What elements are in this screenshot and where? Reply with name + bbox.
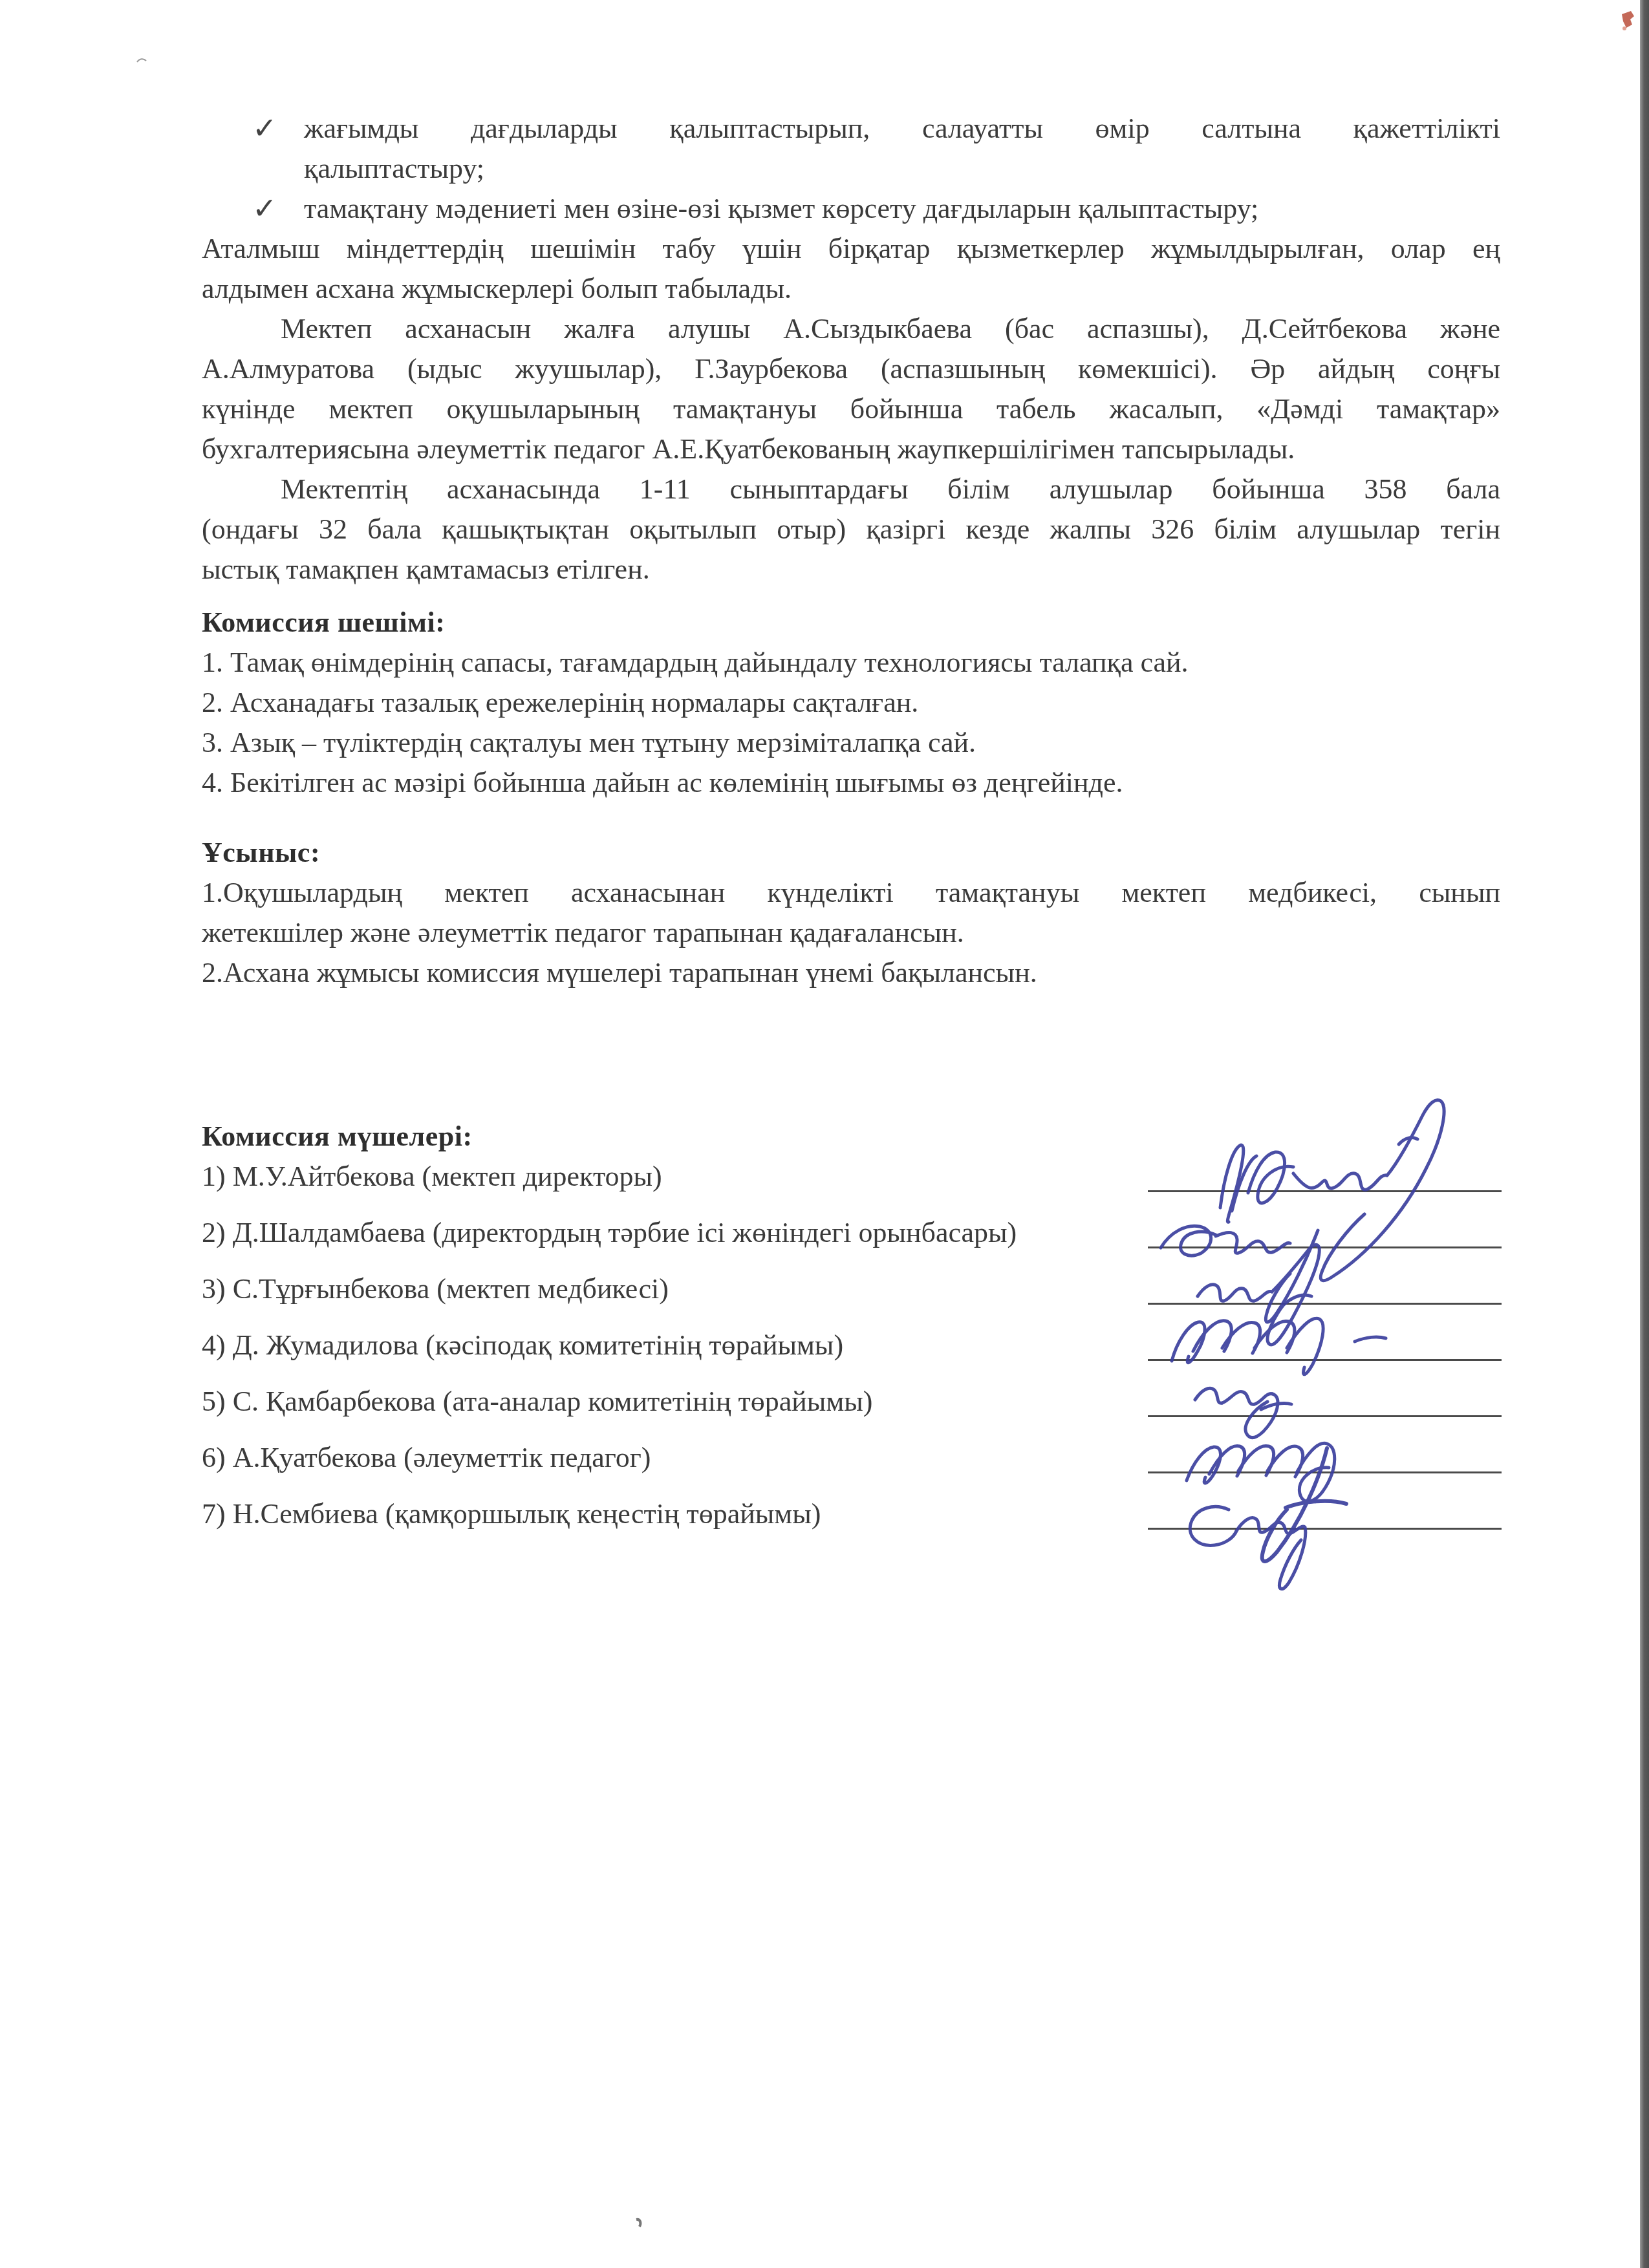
recommendation-heading: Ұсыныс:	[202, 833, 1500, 873]
decision-item-3: 3. Азық – түліктердің сақталуы мен тұтын…	[202, 723, 1500, 763]
scan-speck-top-left	[137, 59, 146, 62]
signature-line	[1148, 1524, 1502, 1530]
signature-line	[1148, 1186, 1502, 1192]
paragraph-line: алдымен асхана жұмыскерлері болып табыла…	[202, 269, 1500, 309]
paragraph-line: Мектептің асханасында 1-11 сыныптардағы …	[202, 469, 1500, 509]
paragraph-line: күнінде мектеп оқушыларының тамақтануы б…	[202, 389, 1500, 429]
paragraph-line: бухгалтериясына әлеуметтік педагог А.Е.Қ…	[202, 429, 1500, 469]
signature-line	[1148, 1355, 1502, 1361]
bullet-item-1-line-1: ✓ жағымды дағдыларды қалыптастырып, сала…	[202, 109, 1500, 149]
red-mark-top-right	[1622, 11, 1634, 30]
member-row-4: 4) Д. Жумадилова (кәсіподақ комитетінің …	[202, 1325, 1500, 1382]
scan-edge-shadow	[1640, 0, 1649, 2268]
paragraph-line: Мектеп асханасын жалға алушы А.Сыздыкбае…	[202, 309, 1500, 349]
member-label: 6) А.Қуатбекова (әлеуметтік педагог)	[202, 1438, 651, 1478]
paragraph-line: (ондағы 32 бала қашықтықтан оқытылып оты…	[202, 509, 1500, 550]
checkmark-icon: ✓	[252, 189, 277, 229]
decision-item-1: 1. Тамақ өнімдерінің сапасы, тағамдардың…	[202, 643, 1500, 683]
paragraph-line: ыстық тамақпен қамтамасыз етілген.	[202, 550, 1500, 590]
document-body: ✓ жағымды дағдыларды қалыптастырып, сала…	[202, 109, 1500, 1550]
scanned-document-page: { "colors": { "text": "#3a3a3a", "ink_bl…	[0, 0, 1649, 2268]
member-label: 7) Н.Сембиева (қамқоршылық кеңестің төра…	[202, 1494, 821, 1534]
decision-heading: Комиссия шешімі:	[202, 603, 1500, 643]
member-row-7: 7) Н.Сембиева (қамқоршылық кеңестің төра…	[202, 1494, 1500, 1550]
bullet-item-1-line-2: қалыптастыру;	[202, 149, 1500, 189]
member-row-3: 3) С.Тұрғынбекова (мектеп медбикесі)	[202, 1269, 1500, 1325]
bullet-item-2: ✓ тамақтану мәдениеті мен өзіне-өзі қызм…	[202, 189, 1500, 229]
committee-heading: Комиссия мүшелері:	[202, 1117, 1500, 1157]
document-page: ✓ жағымды дағдыларды қалыптастырып, сала…	[0, 0, 1649, 2268]
signature-line	[1148, 1468, 1502, 1473]
decision-item-2: 2. Асханадағы тазалық ережелерінің норма…	[202, 683, 1500, 723]
member-label: 4) Д. Жумадилова (кәсіподақ комитетінің …	[202, 1325, 843, 1365]
recommendation-item-1-line-1: 1.Оқушылардың мектеп асханасынан күнделі…	[202, 873, 1500, 913]
member-label: 5) С. Қамбарбекова (ата-аналар комитетін…	[202, 1382, 872, 1422]
member-row-6: 6) А.Қуатбекова (әлеуметтік педагог)	[202, 1438, 1500, 1494]
member-label: 3) С.Тұрғынбекова (мектеп медбикесі)	[202, 1269, 669, 1309]
signature-line	[1148, 1243, 1502, 1248]
signature-line	[1148, 1411, 1502, 1417]
bullet-text: қалыптастыру;	[304, 153, 484, 184]
bullet-text: жағымды дағдыларды қалыптастырып, салауа…	[304, 112, 1500, 144]
scan-speck-bottom	[636, 2220, 640, 2227]
member-row-2: 2) Д.Шалдамбаева (директордың тәрбие ісі…	[202, 1213, 1500, 1269]
paragraph-line: А.Алмуратова (ыдыс жуушылар), Г.Заурбеко…	[202, 349, 1500, 389]
recommendation-item-2: 2.Асхана жұмысы комиссия мүшелері тарапы…	[202, 953, 1500, 993]
recommendation-item-1-line-2: жетекшілер және әлеуметтік педагог тарап…	[202, 913, 1500, 953]
member-row-1: 1) М.У.Айтбекова (мектеп директоры)	[202, 1157, 1500, 1213]
checkmark-icon: ✓	[252, 109, 277, 149]
member-label: 1) М.У.Айтбекова (мектеп директоры)	[202, 1157, 662, 1197]
bullet-text: тамақтану мәдениеті мен өзіне-өзі қызмет…	[304, 193, 1258, 224]
signature-line	[1148, 1299, 1502, 1305]
decision-item-4: 4. Бекітілген ас мәзірі бойынша дайын ас…	[202, 763, 1500, 803]
member-label: 2) Д.Шалдамбаева (директордың тәрбие ісі…	[202, 1213, 1017, 1253]
member-row-5: 5) С. Қамбарбекова (ата-аналар комитетін…	[202, 1382, 1500, 1438]
paragraph-line: Аталмыш міндеттердің шешімін табу үшін б…	[202, 229, 1500, 269]
